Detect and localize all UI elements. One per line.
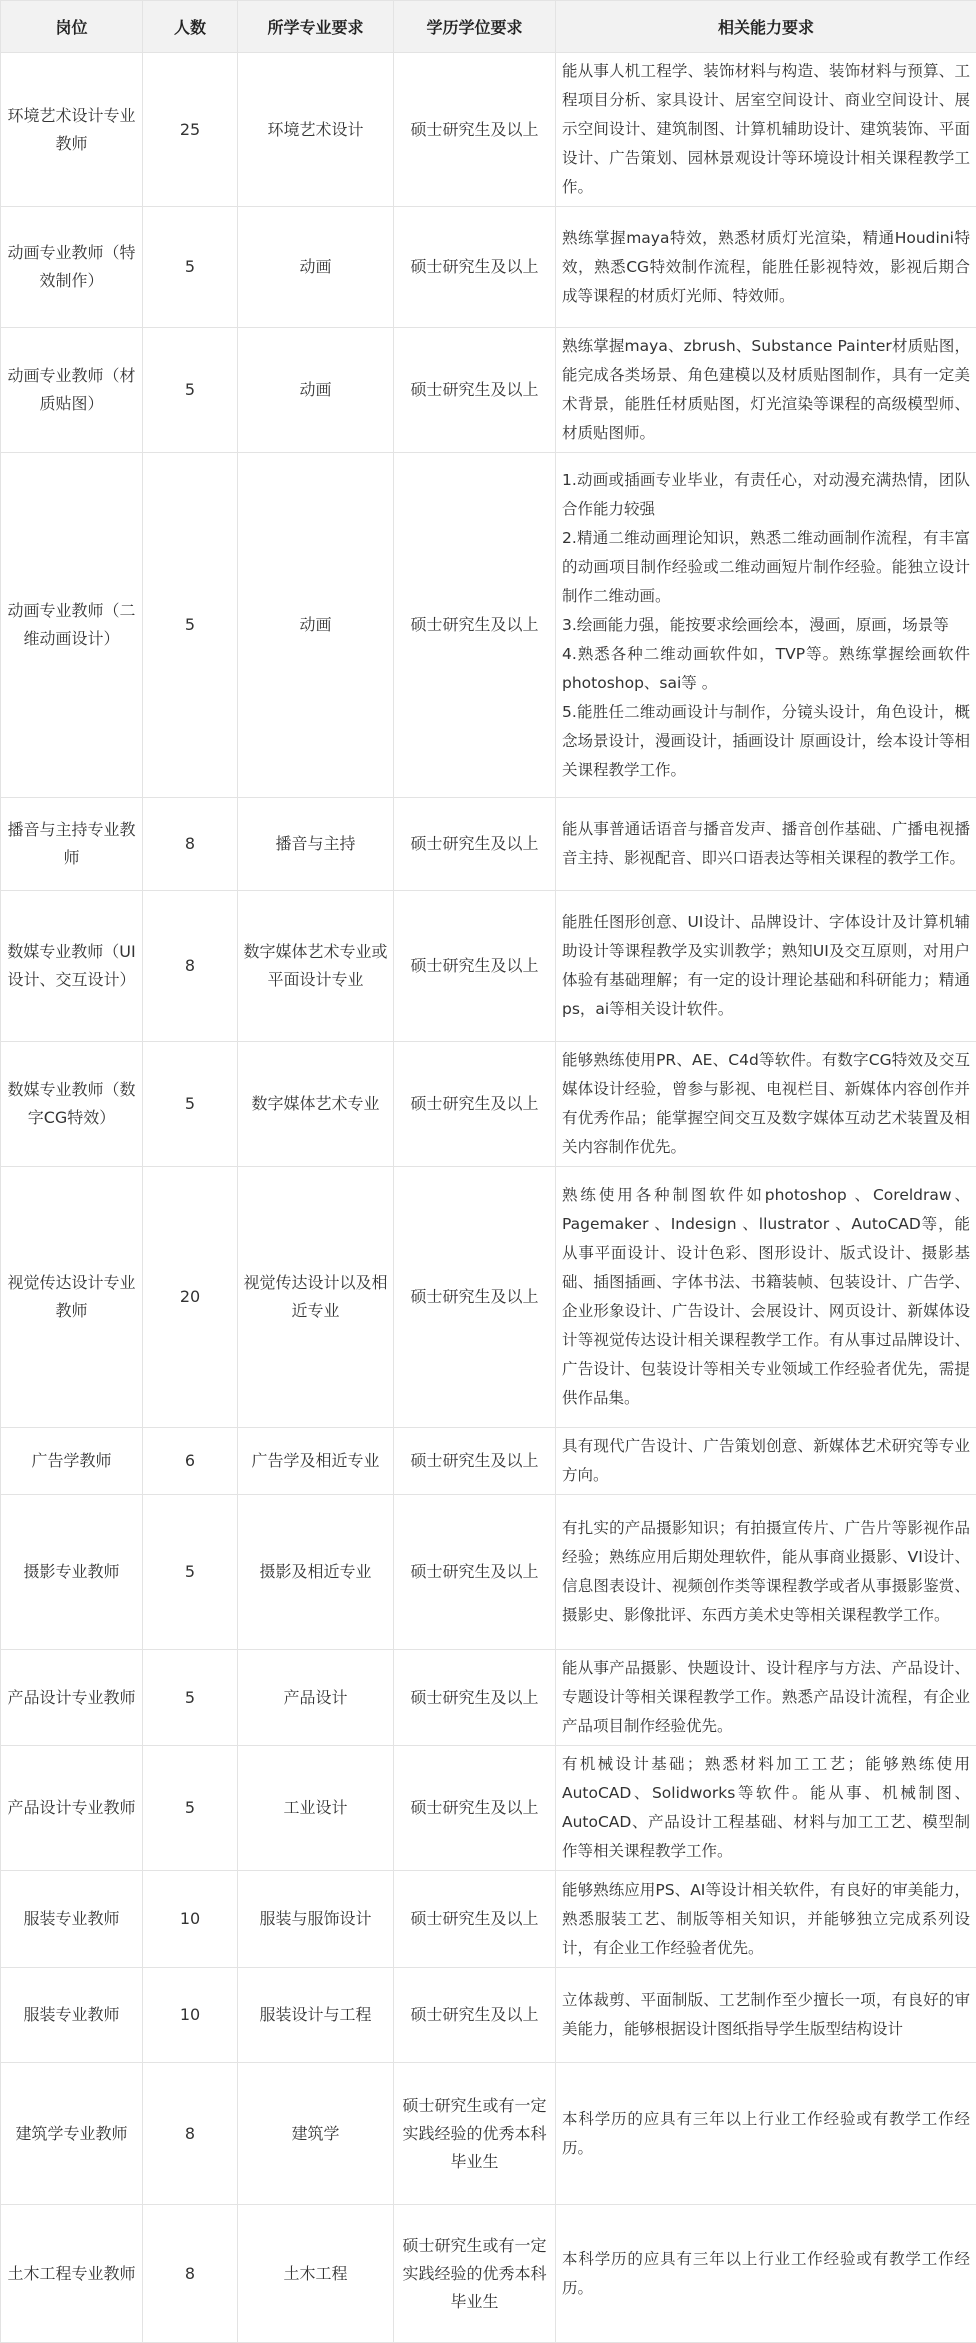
cell-requirements: 能从事人机工程学、装饰材料与构造、装饰材料与预算、工程项目分析、家具设计、居室空… [556,53,976,207]
cell-position: 动画专业教师（二维动画设计） [1,453,143,798]
cell-position: 服装专业教师 [1,1871,143,1968]
cell-count: 5 [143,453,238,798]
requirement-line: 3.绘画能力强，能按要求绘画绘本，漫画，原画，场景等 [562,611,970,640]
cell-degree: 硕士研究生及以上 [394,207,556,328]
table-body: 环境艺术设计专业教师25环境艺术设计硕士研究生及以上能从事人机工程学、装饰材料与… [1,53,976,2343]
cell-requirements: 有机械设计基础；熟悉材料加工工艺；能够熟练使用AutoCAD、Solidwork… [556,1746,976,1871]
requirement-line: 本科学历的应具有三年以上行业工作经验或有教学工作经历。 [562,2245,970,2303]
requirement-line: 熟练使用各种制图软件如photoshop 、Coreldraw、Pagemake… [562,1181,970,1413]
requirement-line: 能够熟练应用PS、AI等设计相关软件，有良好的审美能力，熟悉服装工艺、制版等相关… [562,1876,970,1963]
cell-requirements: 本科学历的应具有三年以上行业工作经验或有教学工作经历。 [556,2205,976,2343]
cell-position: 动画专业教师（特效制作） [1,207,143,328]
table-row: 环境艺术设计专业教师25环境艺术设计硕士研究生及以上能从事人机工程学、装饰材料与… [1,53,976,207]
table-row: 动画专业教师（材质贴图）5动画硕士研究生及以上熟练掌握maya、zbrush、S… [1,328,976,453]
cell-major: 动画 [238,453,394,798]
cell-count: 8 [143,2205,238,2343]
cell-major: 服装设计与工程 [238,1968,394,2063]
cell-count: 5 [143,1042,238,1167]
cell-requirements: 本科学历的应具有三年以上行业工作经验或有教学工作经历。 [556,2063,976,2205]
cell-degree: 硕士研究生及以上 [394,1650,556,1746]
cell-position: 产品设计专业教师 [1,1650,143,1746]
table-row: 摄影专业教师5摄影及相近专业硕士研究生及以上有扎实的产品摄影知识；有拍摄宣传片、… [1,1495,976,1650]
table-row: 播音与主持专业教师8播音与主持硕士研究生及以上能从事普通话语音与播音发声、播音创… [1,798,976,891]
cell-major: 摄影及相近专业 [238,1495,394,1650]
cell-requirements: 熟练掌握maya特效，熟悉材质灯光渲染，精通Houdini特效，熟悉CG特效制作… [556,207,976,328]
cell-count: 5 [143,1495,238,1650]
cell-position: 环境艺术设计专业教师 [1,53,143,207]
requirement-line: 5.能胜任二维动画设计与制作，分镜头设计，角色设计，概念场景设计，漫画设计，插画… [562,698,970,785]
cell-major: 动画 [238,328,394,453]
header-major: 所学专业要求 [238,1,394,53]
cell-count: 8 [143,2063,238,2205]
table-row: 广告学教师6广告学及相近专业硕士研究生及以上具有现代广告设计、广告策划创意、新媒… [1,1428,976,1495]
requirement-line: 熟练掌握maya、zbrush、Substance Painter材质贴图，能完… [562,332,970,448]
cell-major: 产品设计 [238,1650,394,1746]
cell-degree: 硕士研究生及以上 [394,53,556,207]
cell-count: 5 [143,1650,238,1746]
cell-requirements: 能从事产品摄影、快题设计、设计程序与方法、产品设计、专题设计等相关课程教学工作。… [556,1650,976,1746]
cell-requirements: 能够熟练应用PS、AI等设计相关软件，有良好的审美能力，熟悉服装工艺、制版等相关… [556,1871,976,1968]
requirement-line: 4.熟悉各种二维动画软件如，TVP等。熟练掌握绘画软件photoshop、sai… [562,640,970,698]
table-row: 数媒专业教师（UI设计、交互设计）8数字媒体艺术专业或 平面设计专业硕士研究生及… [1,891,976,1042]
table-row: 服装专业教师10服装设计与工程硕士研究生及以上立体裁剪、平面制版、工艺制作至少擅… [1,1968,976,2063]
cell-position: 产品设计专业教师 [1,1746,143,1871]
table-row: 产品设计专业教师5工业设计硕士研究生及以上有机械设计基础；熟悉材料加工工艺；能够… [1,1746,976,1871]
requirement-line: 本科学历的应具有三年以上行业工作经验或有教学工作经历。 [562,2105,970,2163]
cell-major: 数字媒体艺术专业 [238,1042,394,1167]
recruitment-table: 岗位 人数 所学专业要求 学历学位要求 相关能力要求 环境艺术设计专业教师25环… [0,0,976,2343]
requirement-line: 具有现代广告设计、广告策划创意、新媒体艺术研究等专业方向。 [562,1432,970,1490]
table-header: 岗位 人数 所学专业要求 学历学位要求 相关能力要求 [1,1,976,53]
cell-degree: 硕士研究生及以上 [394,891,556,1042]
cell-position: 广告学教师 [1,1428,143,1495]
cell-requirements: 立体裁剪、平面制版、工艺制作至少擅长一项，有良好的审美能力，能够根据设计图纸指导… [556,1968,976,2063]
requirement-line: 能从事普通话语音与播音发声、播音创作基础、广播电视播音主持、影视配音、即兴口语表… [562,815,970,873]
table-row: 动画专业教师（二维动画设计）5动画硕士研究生及以上1.动画或插画专业毕业，有责任… [1,453,976,798]
cell-major: 工业设计 [238,1746,394,1871]
cell-count: 5 [143,328,238,453]
cell-major: 数字媒体艺术专业或 平面设计专业 [238,891,394,1042]
cell-degree: 硕士研究生或有一定实践经验的优秀本科毕业生 [394,2205,556,2343]
cell-major: 环境艺术设计 [238,53,394,207]
cell-degree: 硕士研究生及以上 [394,1042,556,1167]
cell-major: 广告学及相近专业 [238,1428,394,1495]
cell-major: 动画 [238,207,394,328]
cell-degree: 硕士研究生及以上 [394,1968,556,2063]
header-position: 岗位 [1,1,143,53]
cell-degree: 硕士研究生或有一定实践经验的优秀本科毕业生 [394,2063,556,2205]
cell-requirements: 能从事普通话语音与播音发声、播音创作基础、广播电视播音主持、影视配音、即兴口语表… [556,798,976,891]
cell-count: 10 [143,1968,238,2063]
cell-count: 8 [143,798,238,891]
cell-degree: 硕士研究生及以上 [394,453,556,798]
cell-major: 视觉传达设计以及相近专业 [238,1167,394,1428]
cell-degree: 硕士研究生及以上 [394,328,556,453]
requirement-line: 熟练掌握maya特效，熟悉材质灯光渲染，精通Houdini特效，熟悉CG特效制作… [562,224,970,311]
cell-position: 数媒专业教师（数字CG特效） [1,1042,143,1167]
cell-count: 6 [143,1428,238,1495]
requirement-line: 能胜任图形创意、UI设计、品牌设计、字体设计及计算机辅助设计等课程教学及实训教学… [562,908,970,1024]
table-row: 数媒专业教师（数字CG特效）5数字媒体艺术专业硕士研究生及以上能够熟练使用PR、… [1,1042,976,1167]
table-row: 动画专业教师（特效制作）5动画硕士研究生及以上熟练掌握maya特效，熟悉材质灯光… [1,207,976,328]
cell-requirements: 具有现代广告设计、广告策划创意、新媒体艺术研究等专业方向。 [556,1428,976,1495]
cell-requirements: 熟练掌握maya、zbrush、Substance Painter材质贴图，能完… [556,328,976,453]
table-row: 服装专业教师10服装与服饰设计硕士研究生及以上能够熟练应用PS、AI等设计相关软… [1,1871,976,1968]
table-row: 建筑学专业教师8建筑学硕士研究生或有一定实践经验的优秀本科毕业生本科学历的应具有… [1,2063,976,2205]
requirement-line: 有扎实的产品摄影知识；有拍摄宣传片、广告片等影视作品经验；熟练应用后期处理软件，… [562,1514,970,1630]
cell-count: 8 [143,891,238,1042]
cell-requirements: 能够熟练使用PR、AE、C4d等软件。有数字CG特效及交互媒体设计经验，曾参与影… [556,1042,976,1167]
header-row: 岗位 人数 所学专业要求 学历学位要求 相关能力要求 [1,1,976,53]
cell-position: 数媒专业教师（UI设计、交互设计） [1,891,143,1042]
header-degree: 学历学位要求 [394,1,556,53]
cell-count: 5 [143,207,238,328]
header-requirements: 相关能力要求 [556,1,976,53]
cell-count: 5 [143,1746,238,1871]
requirement-line: 能够熟练使用PR、AE、C4d等软件。有数字CG特效及交互媒体设计经验，曾参与影… [562,1046,970,1162]
table-row: 视觉传达设计专业教师20视觉传达设计以及相近专业硕士研究生及以上熟练使用各种制图… [1,1167,976,1428]
requirement-line: 能从事人机工程学、装饰材料与构造、装饰材料与预算、工程项目分析、家具设计、居室空… [562,57,970,202]
cell-major: 土木工程 [238,2205,394,2343]
cell-position: 视觉传达设计专业教师 [1,1167,143,1428]
cell-position: 建筑学专业教师 [1,2063,143,2205]
cell-requirements: 熟练使用各种制图软件如photoshop 、Coreldraw、Pagemake… [556,1167,976,1428]
requirement-line: 能从事产品摄影、快题设计、设计程序与方法、产品设计、专题设计等相关课程教学工作。… [562,1654,970,1741]
cell-count: 10 [143,1871,238,1968]
requirement-line: 立体裁剪、平面制版、工艺制作至少擅长一项，有良好的审美能力，能够根据设计图纸指导… [562,1986,970,2044]
cell-count: 20 [143,1167,238,1428]
cell-major: 播音与主持 [238,798,394,891]
cell-count: 25 [143,53,238,207]
cell-position: 土木工程专业教师 [1,2205,143,2343]
cell-position: 服装专业教师 [1,1968,143,2063]
cell-requirements: 有扎实的产品摄影知识；有拍摄宣传片、广告片等影视作品经验；熟练应用后期处理软件，… [556,1495,976,1650]
header-count: 人数 [143,1,238,53]
cell-requirements: 1.动画或插画专业毕业，有责任心，对动漫充满热情，团队合作能力较强2.精通二维动… [556,453,976,798]
cell-degree: 硕士研究生及以上 [394,1495,556,1650]
cell-degree: 硕士研究生及以上 [394,798,556,891]
cell-degree: 硕士研究生及以上 [394,1167,556,1428]
cell-position: 动画专业教师（材质贴图） [1,328,143,453]
table-row: 产品设计专业教师5产品设计硕士研究生及以上能从事产品摄影、快题设计、设计程序与方… [1,1650,976,1746]
cell-position: 摄影专业教师 [1,1495,143,1650]
cell-degree: 硕士研究生及以上 [394,1428,556,1495]
cell-degree: 硕士研究生及以上 [394,1871,556,1968]
cell-requirements: 能胜任图形创意、UI设计、品牌设计、字体设计及计算机辅助设计等课程教学及实训教学… [556,891,976,1042]
requirement-line: 有机械设计基础；熟悉材料加工工艺；能够熟练使用AutoCAD、Solidwork… [562,1750,970,1866]
cell-degree: 硕士研究生及以上 [394,1746,556,1871]
cell-major: 服装与服饰设计 [238,1871,394,1968]
requirement-line: 1.动画或插画专业毕业，有责任心，对动漫充满热情，团队合作能力较强 [562,466,970,524]
requirement-line: 2.精通二维动画理论知识，熟悉二维动画制作流程，有丰富的动画项目制作经验或二维动… [562,524,970,611]
cell-major: 建筑学 [238,2063,394,2205]
table-row: 土木工程专业教师8土木工程硕士研究生或有一定实践经验的优秀本科毕业生本科学历的应… [1,2205,976,2343]
cell-position: 播音与主持专业教师 [1,798,143,891]
